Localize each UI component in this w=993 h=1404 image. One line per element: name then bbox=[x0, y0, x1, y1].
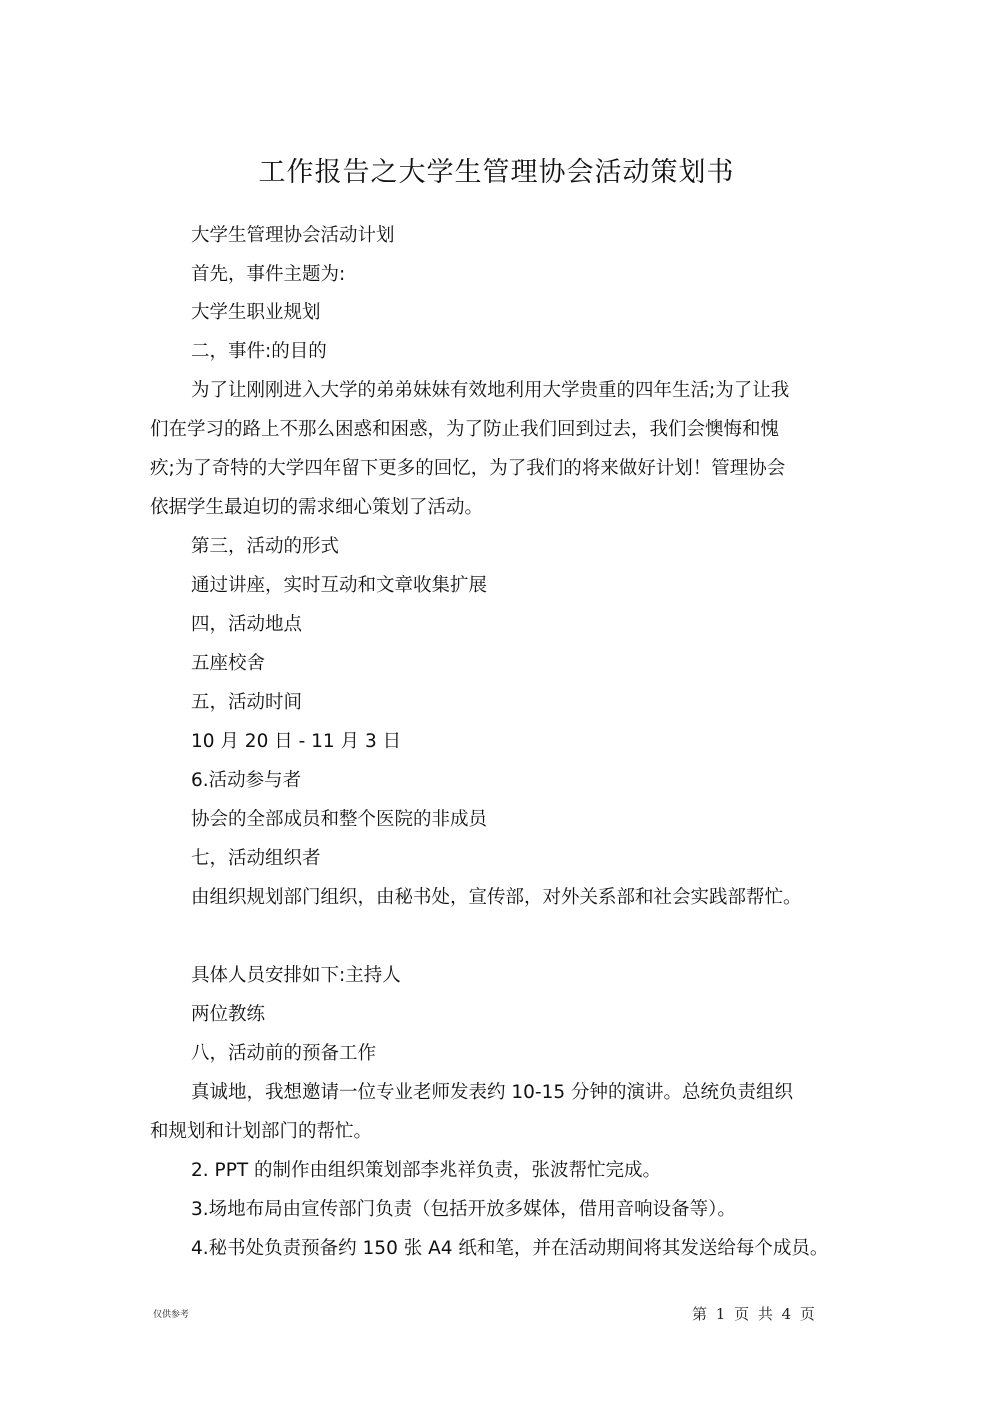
paragraph-line: 大学生职业规划 bbox=[191, 302, 321, 324]
paragraph-line: 协会的全部成员和整个医院的非成员 bbox=[191, 809, 487, 831]
paragraph-line: 真诚地，我想邀请一位专业老师发表约 10-15 分钟的演讲。总统负责组织 bbox=[191, 1082, 793, 1104]
footer-note: 仅供参考 bbox=[153, 1307, 189, 1320]
paragraph-line: 具体人员安排如下:主持人 bbox=[191, 965, 401, 987]
paragraph-line: 五座校舍 bbox=[191, 653, 265, 675]
document-title: 工作报告之大学生管理协会活动策划书 bbox=[0, 150, 993, 189]
paragraph-line: 依据学生最迫切的需求细心策划了活动。 bbox=[150, 497, 483, 519]
paragraph-line: 首先，事件主题为: bbox=[191, 264, 345, 286]
paragraph-line: 由组织规划部门组织，由秘书处，宣传部，对外关系部和社会实践部帮忙。 bbox=[191, 887, 802, 909]
page-indicator: 第 1 页 共 4 页 bbox=[692, 1303, 817, 1324]
paragraph-line: 2. PPT 的制作由组织策划部李兆祥负责，张波帮忙完成。 bbox=[191, 1160, 661, 1182]
paragraph-line: 4.秘书处负责预备约 150 张 A4 纸和笔，并在活动期间将其发送给每个成员。 bbox=[191, 1238, 828, 1260]
paragraph-line: 3.场地布局由宣传部门负责（包括开放多媒体，借用音响设备等）。 bbox=[191, 1199, 736, 1221]
paragraph-line: 四，活动地点 bbox=[191, 614, 302, 636]
paragraph-line: 八，活动前的预备工作 bbox=[191, 1043, 376, 1065]
paragraph-line: 和规划和计划部门的帮忙。 bbox=[150, 1121, 372, 1143]
paragraph-line: 10 月 20 日 - 11 月 3 日 bbox=[191, 731, 401, 753]
section-heading: 大学生管理协会活动计划 bbox=[191, 225, 395, 247]
paragraph-line: 第三，活动的形式 bbox=[191, 536, 339, 558]
paragraph-line: 五，活动时间 bbox=[191, 692, 302, 714]
paragraph-line: 两位教练 bbox=[191, 1004, 265, 1026]
paragraph-line: 疚;为了奇特的大学四年留下更多的回忆，为了我们的将来做好计划！管理协会 bbox=[150, 458, 785, 480]
paragraph-line: 通过讲座，实时互动和文章收集扩展 bbox=[191, 575, 487, 597]
document-page: 工作报告之大学生管理协会活动策划书 大学生管理协会活动计划 首先，事件主题为: … bbox=[0, 0, 993, 1404]
paragraph-line: 七，活动组织者 bbox=[191, 848, 321, 870]
paragraph-line: 为了让刚刚进入大学的弟弟妹妹有效地利用大学贵重的四年生活;为了让我 bbox=[191, 380, 789, 402]
paragraph-line: 们在学习的路上不那么困惑和困惑，为了防止我们回到过去，我们会懊悔和愧 bbox=[150, 419, 779, 441]
paragraph-line: 二，事件:的目的 bbox=[191, 341, 327, 363]
paragraph-line: 6.活动参与者 bbox=[191, 770, 301, 792]
